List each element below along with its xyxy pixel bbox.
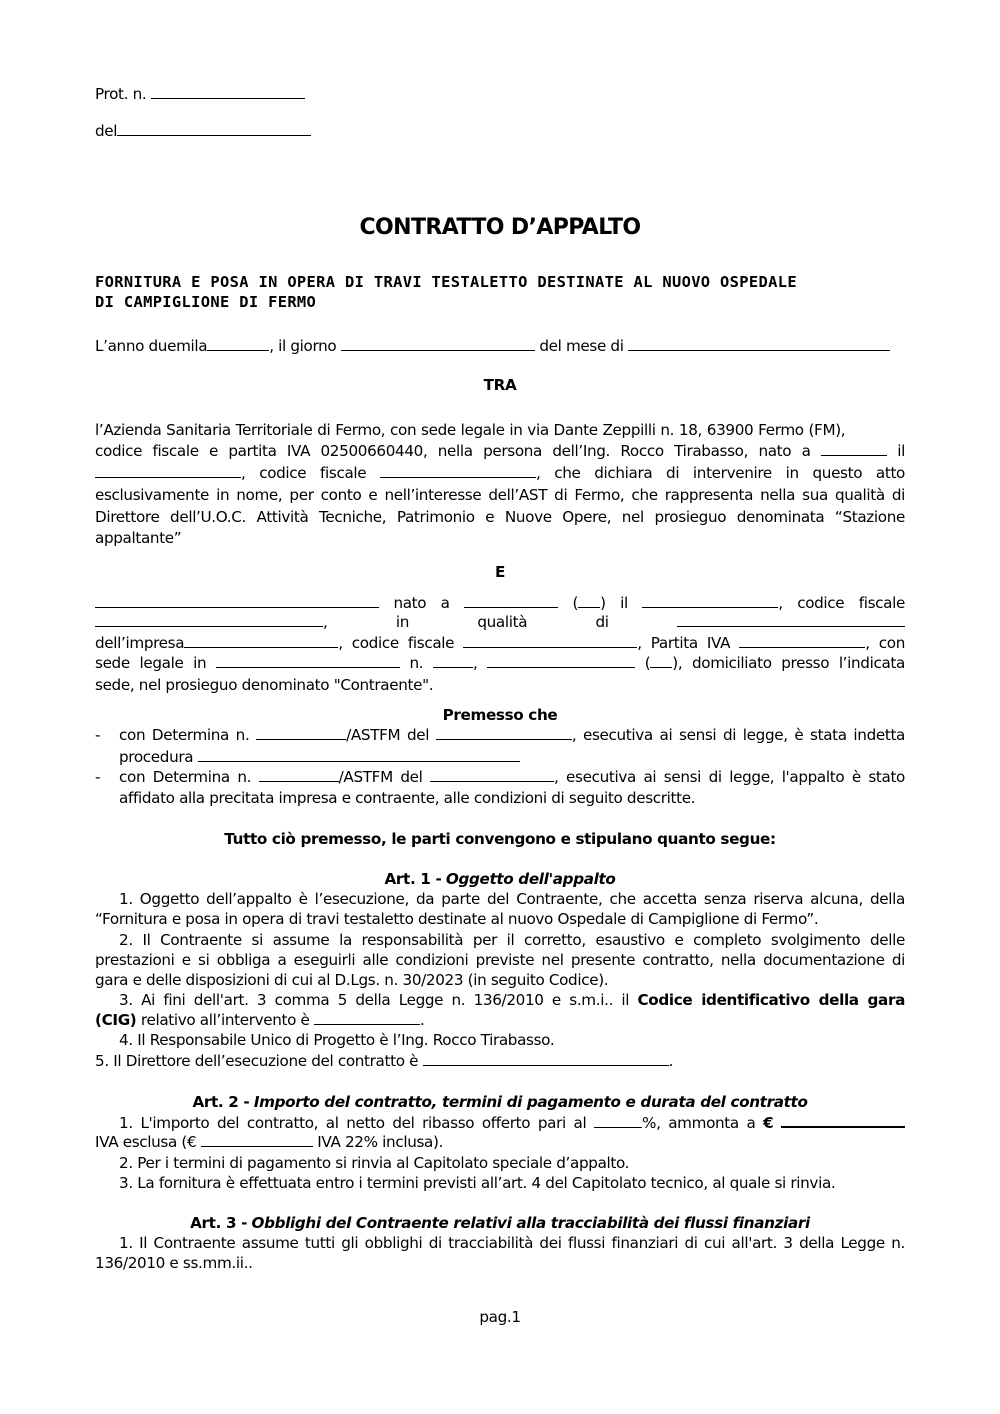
party1-text: , che dichiara di intervenire in questo … xyxy=(536,464,905,482)
party1-line-2: codice fiscale e partita IVA 02500660440… xyxy=(95,441,905,461)
party2-text: n. xyxy=(410,654,424,672)
day-field[interactable] xyxy=(341,336,535,351)
protocol-date-label: del xyxy=(95,122,117,140)
premesso-item-1-cont: procedura xyxy=(95,747,929,767)
tutto-premesso-heading: Tutto ciò premesso, le parti convengono … xyxy=(95,829,905,849)
premesso-item-2: - con Determina n. /ASTFM del , esecutiv… xyxy=(95,767,905,787)
company-street-number-field[interactable] xyxy=(433,653,473,668)
art1-heading: Art. 1 - Oggetto dell'appalto xyxy=(95,869,905,889)
art2-number: Art. 2 - xyxy=(192,1093,249,1111)
birthdate-field[interactable] xyxy=(95,463,241,478)
art1-text: 5. Il Direttore dell’esecuzione del cont… xyxy=(95,1052,418,1070)
party2-text: , codice fiscale xyxy=(778,594,905,612)
premesso-text: con Determina n. xyxy=(119,726,249,744)
art1-text: 3. Ai fini dell'art. 3 comma 5 della Leg… xyxy=(119,991,629,1009)
premesso-item-1: - con Determina n. /ASTFM del , esecutiv… xyxy=(95,725,905,745)
euro-symbol: € xyxy=(763,1114,773,1132)
party1-text: codice fiscale e partita IVA 02500660440… xyxy=(95,442,811,460)
art2-title: Importo del contratto, termini di pagame… xyxy=(254,1093,808,1111)
party2-text: , con xyxy=(865,634,905,652)
protocol-number-field[interactable] xyxy=(151,84,305,99)
art1-p5: 5. Il Direttore dell’esecuzione del cont… xyxy=(95,1051,905,1071)
tax-code-field[interactable] xyxy=(380,463,536,478)
subject-line-2: DI CAMPIGLIONE DI FERMO xyxy=(95,292,905,312)
party2-text: sede legale in xyxy=(95,654,206,672)
art2-p2: 2. Per i termini di pagamento si rinvia … xyxy=(95,1153,929,1173)
premesso-heading: Premesso che xyxy=(95,705,905,725)
premesso-text: , esecutiva ai sensi di legge, è stata i… xyxy=(572,726,905,744)
party1-line-3: , codice fiscale , che dichiara di inter… xyxy=(95,463,905,483)
art3-p1-l1: 1. Il Contraente assume tutti gli obblig… xyxy=(95,1233,905,1253)
party2-line-2: , in qualità di xyxy=(95,612,905,632)
premesso-text: , esecutiva ai sensi di legge, l'appalto… xyxy=(554,768,905,786)
contractor-tax-code-field[interactable] xyxy=(95,612,323,627)
month-label: del mese di xyxy=(539,337,623,355)
day-label: , il giorno xyxy=(269,337,336,355)
contractor-birthdate-field[interactable] xyxy=(642,593,778,608)
determina-1-date-field[interactable] xyxy=(436,725,572,740)
amount-excl-vat-field[interactable] xyxy=(781,1112,905,1128)
party2-line-4: sede legale in n. , (), domiciliato pres… xyxy=(95,653,905,673)
tra-heading: TRA xyxy=(95,375,905,395)
determina-1-number-field[interactable] xyxy=(256,725,346,740)
determina-2-number-field[interactable] xyxy=(259,767,339,782)
party2-text: ), domiciliato presso l’indicata xyxy=(672,654,905,672)
company-province-field[interactable] xyxy=(650,653,672,668)
director-field[interactable] xyxy=(423,1051,669,1066)
art1-number: Art. 1 - xyxy=(385,870,442,888)
year-field[interactable] xyxy=(207,336,269,351)
cig-abbr: (CIG) xyxy=(95,1011,136,1029)
art2-text: %, ammonta a xyxy=(642,1114,755,1132)
art1-p2-l3: gara e delle disposizioni di cui al D.Lg… xyxy=(95,970,905,990)
art1-p4: 4. Il Responsabile Unico di Progetto è l… xyxy=(95,1030,929,1050)
party1-line-5: Direttore dell’U.O.C. Attività Tecniche,… xyxy=(95,507,905,527)
cig-label: Codice identificativo della gara xyxy=(638,991,905,1009)
art1-text: relativo all’intervento è xyxy=(141,1011,310,1029)
contractor-province-field[interactable] xyxy=(578,593,600,608)
protocol-label: Prot. n. xyxy=(95,85,146,103)
party2-text: , Partita IVA xyxy=(637,634,730,652)
party2-text: in xyxy=(396,613,409,631)
art2-text: IVA esclusa (€ xyxy=(95,1133,196,1151)
art2-text: IVA 22% inclusa). xyxy=(317,1133,443,1151)
art1-p2-l2: prestazioni e si obbliga a eseguirli all… xyxy=(95,950,905,970)
art3-number: Art. 3 - xyxy=(190,1214,247,1232)
party2-text: nato a xyxy=(393,594,449,612)
subject-line-1: FORNITURA E POSA IN OPERA DI TRAVI TESTA… xyxy=(95,272,905,292)
party1-text: , codice fiscale xyxy=(241,464,366,482)
party2-line-5: sede, nel prosieguo denominato "Contraen… xyxy=(95,675,905,695)
art2-p1-l1: 1. L'importo del contratto, al netto del… xyxy=(95,1112,905,1133)
art3-heading: Art. 3 - Obblighi del Contraente relativ… xyxy=(95,1213,905,1233)
premesso-text: procedura xyxy=(119,748,193,766)
amount-incl-vat-field[interactable] xyxy=(201,1132,313,1147)
party2-text: di xyxy=(596,613,609,631)
art3-title: Obblighi del Contraente relativi alla tr… xyxy=(252,1214,810,1232)
company-name-field[interactable] xyxy=(184,633,338,648)
party1-line-6: appaltante” xyxy=(95,528,905,548)
art2-p3: 3. La fornitura è effettuata entro i ter… xyxy=(95,1173,929,1193)
art1-p2-l1: 2. Il Contraente si assume la responsabi… xyxy=(95,930,905,950)
e-heading: E xyxy=(95,562,905,582)
protocol-date-line: del xyxy=(95,121,905,141)
protocol-date-field[interactable] xyxy=(117,121,311,136)
art1-title: Oggetto dell'appalto xyxy=(446,870,616,888)
art2-p1-l2: IVA esclusa (€ IVA 22% inclusa). xyxy=(95,1132,905,1152)
art1-p1-l1: 1. Oggetto dell’appalto è l’esecuzione, … xyxy=(95,889,905,909)
party1-text: il xyxy=(897,442,905,460)
art2-text: 1. L'importo del contratto, al netto del… xyxy=(119,1114,586,1132)
party2-text: il xyxy=(620,594,628,612)
premesso-item-2-cont: affidato alla precitata impresa e contra… xyxy=(95,788,929,808)
contractor-role-field[interactable] xyxy=(677,612,905,627)
party2-text: , codice fiscale xyxy=(338,634,454,652)
premesso-text: con Determina n. xyxy=(119,768,251,786)
premesso-text: /ASTFM del xyxy=(346,726,429,744)
protocol-number-line: Prot. n. xyxy=(95,84,905,104)
art3-p1-l2: 136/2010 e ss.mm.ii.. xyxy=(95,1253,905,1273)
party1-line-4: esclusivamente in nome, per conto e nell… xyxy=(95,485,905,505)
year-label: L’anno duemila xyxy=(95,337,207,355)
party1-line-1: l’Azienda Sanitaria Territoriale di Ferm… xyxy=(95,420,905,440)
determina-2-date-field[interactable] xyxy=(430,767,554,782)
company-tax-code-field[interactable] xyxy=(463,633,637,648)
date-line: L’anno duemila, il giorno del mese di xyxy=(95,336,905,356)
party2-line-3: dell’impresa, codice fiscale , Partita I… xyxy=(95,633,905,653)
party2-text: dell’impresa xyxy=(95,634,184,652)
premesso-text: /ASTFM del xyxy=(339,768,423,786)
cig-field[interactable] xyxy=(314,1010,420,1025)
procedure-type-field[interactable] xyxy=(198,747,520,762)
company-address-field[interactable] xyxy=(216,653,400,668)
contractor-birthplace-field[interactable] xyxy=(464,593,558,608)
contractor-name-field[interactable] xyxy=(95,593,379,608)
art2-heading: Art. 2 - Importo del contratto, termini … xyxy=(95,1092,905,1112)
art1-p3-l1: 3. Ai fini dell'art. 3 comma 5 della Leg… xyxy=(95,990,905,1010)
party2-text: qualità xyxy=(477,613,527,631)
document-title: CONTRATTO D’APPALTO xyxy=(95,215,905,241)
party2-line-1: nato a () il , codice fiscale xyxy=(95,593,905,613)
art1-p3-l2: (CIG) relativo all’intervento è . xyxy=(95,1010,905,1030)
company-city-field[interactable] xyxy=(487,653,635,668)
birthplace-field[interactable] xyxy=(821,441,887,456)
discount-percent-field[interactable] xyxy=(594,1113,642,1128)
art1-p1-l2: “Fornitura e posa in opera di travi test… xyxy=(95,909,905,929)
month-field[interactable] xyxy=(628,336,890,351)
page-number: pag.1 xyxy=(95,1307,905,1327)
company-vat-field[interactable] xyxy=(739,633,865,648)
